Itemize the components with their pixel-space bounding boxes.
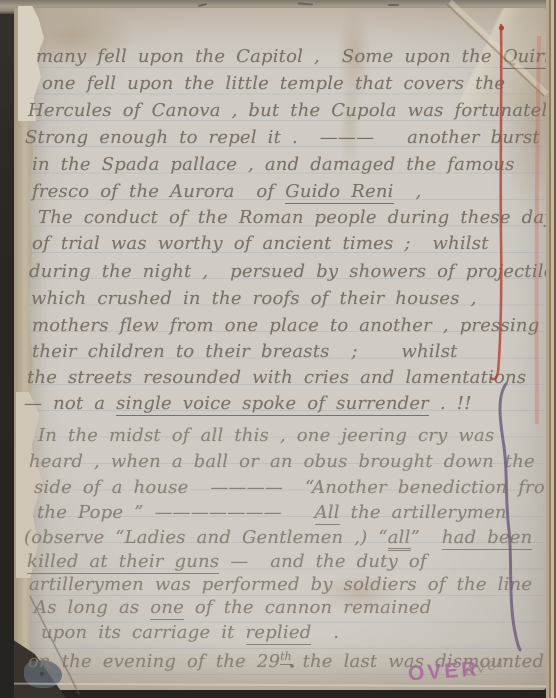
text-segment: fresco of the Aurora of — [32, 181, 285, 202]
text-segment: of trial was worthy of ancient times ; w… — [32, 233, 489, 254]
text-segment: which crushed in the roofs of their hous… — [31, 288, 477, 309]
text-segment: As long as — [34, 597, 150, 618]
text-segment: , — [394, 181, 422, 202]
manuscript-line: fresco of the Aurora of Guido Reni , — [32, 180, 421, 204]
manuscript-line: The conduct of the Roman people during t… — [38, 206, 556, 230]
underlined-text: all — [388, 527, 411, 551]
text-segment: many fell upon the Capitol , Some upon t… — [36, 46, 503, 67]
text-segment: — not a — [24, 393, 116, 414]
text-segment: the artillerymen — [340, 502, 507, 523]
manuscript-line: during the night , persued by showers of… — [29, 260, 556, 284]
manuscript-line: (observe “Ladies and Gentlemen ,) “all” … — [24, 526, 532, 550]
text-segment: (observe “Ladies and Gentlemen ,) “ — [24, 527, 388, 548]
page-edges-right — [546, 0, 556, 698]
manuscript-line: heard , when a ball or an obus brought d… — [29, 450, 535, 474]
text-segment: one fell upon the little temple that cov… — [42, 73, 505, 94]
text-segment: their children to their breasts ; whilst — [32, 341, 458, 362]
text-segment: . — [311, 622, 339, 643]
text-segment: — and the duty of — [219, 551, 426, 572]
manuscript-line: many fell upon the Capitol , Some upon t… — [36, 45, 556, 69]
showthrough-mark — [388, 4, 399, 6]
manuscript-line: their children to their breasts ; whilst — [32, 340, 458, 364]
manuscript-line: upon its carriage it replied . — [41, 621, 339, 645]
underlined-text: Guido Reni — [285, 181, 393, 204]
text-segment: side of a house ———— “Another benedictio… — [34, 477, 556, 498]
underlined-text: th — [280, 650, 292, 665]
manuscript-line: In the midst of all this , one jeering c… — [38, 424, 494, 448]
scanned-page: many fell upon the Capitol , Some upon t… — [0, 0, 556, 698]
text-segment: in the Spada pallace , and damaged the f… — [32, 154, 515, 175]
text-segment: ” — [411, 527, 442, 548]
showthrough-mark — [298, 2, 313, 5]
text-segment: . !! — [429, 393, 472, 414]
manuscript-line: artillerymen was performed by soldiers o… — [29, 573, 532, 597]
manuscript-line: As long as one of the cannon remained — [34, 596, 431, 620]
text-segment: during the night , persued by showers of… — [29, 261, 556, 282]
manuscript-line: mothers flew from one place to another ,… — [32, 314, 539, 338]
manuscript-line: Hercules of Canova , but the Cupola was … — [28, 99, 556, 123]
manuscript-line: of trial was worthy of ancient times ; w… — [32, 232, 489, 256]
text-segment: the streets resounded with cries and lam… — [27, 367, 526, 388]
text-segment: artillerymen was performed by soldiers o… — [29, 574, 532, 595]
text-segment: In the midst of all this , one jeering c… — [38, 425, 494, 446]
underlined-text: killed at their guns — [27, 551, 219, 574]
showthrough-mark — [198, 3, 207, 7]
text-segment: of the cannon remained — [184, 597, 431, 618]
underlined-text: had been — [442, 527, 533, 550]
text-segment: Strong enough to repel it . ——— another … — [25, 127, 540, 148]
underlined-text: one — [150, 597, 184, 620]
text-segment: The conduct of the Roman people during t… — [38, 207, 556, 228]
manuscript-line: side of a house ———— “Another benedictio… — [34, 476, 556, 500]
manuscript-line: which crushed in the roofs of their hous… — [31, 287, 477, 311]
manuscript-line: the streets resounded with cries and lam… — [27, 366, 526, 390]
text-segment: on the evening of the 29 — [28, 651, 280, 672]
text-segment: Hercules of Canova , but the Cupola was … — [28, 100, 556, 121]
manuscript-line: the Pope ” ——————— All the artillerymen — [37, 501, 507, 525]
text-segment: mothers flew from one place to another ,… — [32, 315, 539, 336]
manuscript-line: killed at their guns — and the duty of — [27, 550, 427, 574]
manuscript-line: in the Spada pallace , and damaged the f… — [32, 153, 515, 177]
text-segment: upon its carriage it — [41, 622, 246, 643]
manuscript-line: Strong enough to repel it . ——— another … — [25, 126, 540, 150]
text-segment: the Pope ” ——————— — [37, 502, 315, 523]
underlined-text: All — [315, 502, 340, 525]
text-segment: heard , when a ball or an obus brought d… — [29, 451, 535, 472]
manuscript-line: — not a single voice spoke of surrender … — [24, 392, 472, 416]
underlined-text: single voice spoke of surrender — [116, 393, 429, 416]
underlined-text: replied — [246, 622, 312, 645]
manuscript-line: one fell upon the little temple that cov… — [42, 72, 505, 96]
